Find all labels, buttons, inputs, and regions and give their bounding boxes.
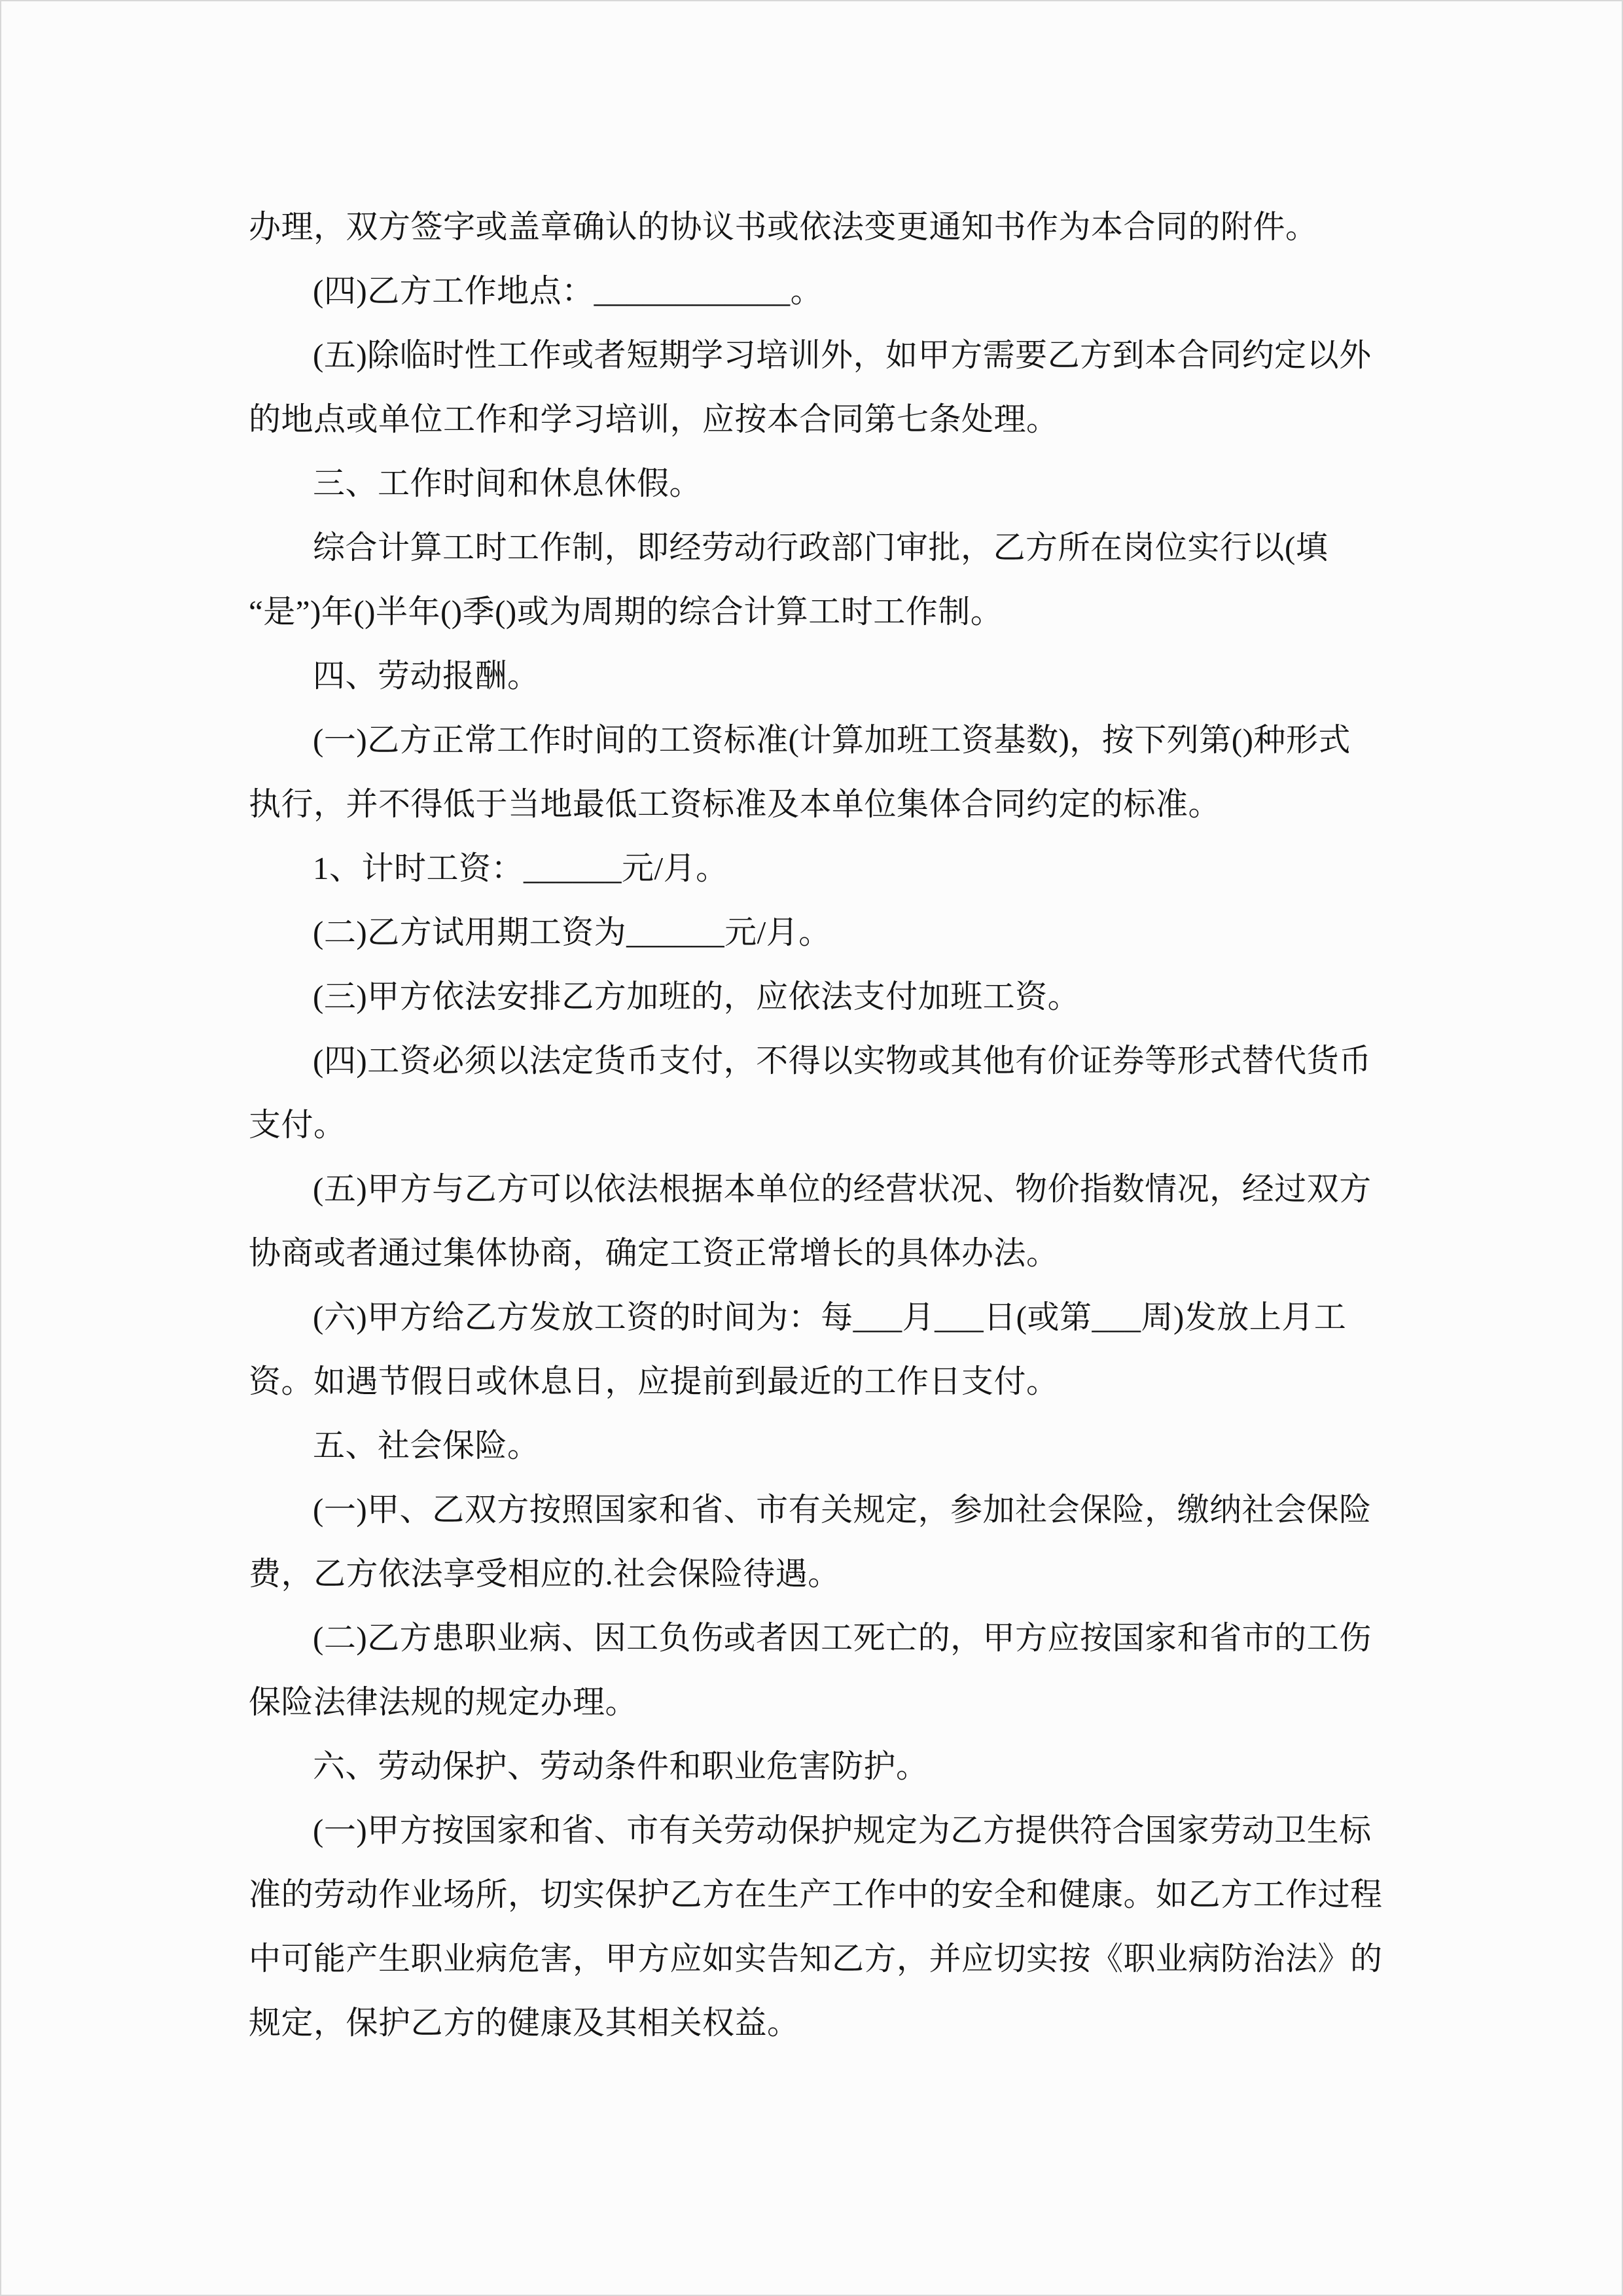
- document-line-8: 四、劳动报酬。: [249, 644, 1400, 708]
- document-line-14: (四)工资必须以法定货币支付，不得以实物或其他有价证券等形式替代货币: [249, 1029, 1400, 1093]
- document-line-1: 办理，双方签字或盖章确认的协议书或依法变更通知书作为本合同的附件。: [249, 195, 1400, 259]
- document-line-3: (五)除临时性工作或者短期学习培训外，如甲方需要乙方到本合同约定以外: [249, 323, 1400, 387]
- document-line-16: (五)甲方与乙方可以依法根据本单位的经营状况、物价指数情况，经过双方: [249, 1157, 1400, 1221]
- document-line-18: (六)甲方给乙方发放工资的时间为：每___月___日(或第___周)发放上月工: [249, 1285, 1400, 1350]
- document-line-21: (一)甲、乙双方按照国家和省、市有关规定，参加社会保险，缴纳社会保险: [249, 1478, 1400, 1542]
- document-content: 办理，双方签字或盖章确认的协议书或依法变更通知书作为本合同的附件。(四)乙方工作…: [249, 195, 1400, 2055]
- document-line-12: (二)乙方试用期工资为______元/月。: [249, 901, 1400, 965]
- document-line-2: (四)乙方工作地点：____________。: [249, 259, 1400, 323]
- document-line-5: 三、工作时间和休息休假。: [249, 452, 1400, 516]
- document-line-7: “是”)年()半年()季()或为周期的综合计算工时工作制。: [249, 580, 1400, 644]
- document-line-13: (三)甲方依法安排乙方加班的，应依法支付加班工资。: [249, 965, 1400, 1029]
- document-line-25: 六、劳动保护、劳动条件和职业危害防护。: [249, 1734, 1400, 1799]
- document-line-23: (二)乙方患职业病、因工负伤或者因工死亡的，甲方应按国家和省市的工伤: [249, 1606, 1400, 1670]
- document-line-22: 费，乙方依法享受相应的.社会保险待遇。: [249, 1542, 1400, 1606]
- document-line-4: 的地点或单位工作和学习培训，应按本合同第七条处理。: [249, 387, 1400, 452]
- document-line-19: 资。如遇节假日或休息日，应提前到最近的工作日支付。: [249, 1350, 1400, 1414]
- document-line-6: 综合计算工时工作制，即经劳动行政部门审批，乙方所在岗位实行以(填: [249, 516, 1400, 580]
- document-line-28: 中可能产生职业病危害，甲方应如实告知乙方，并应切实按《职业病防治法》的: [249, 1927, 1400, 1991]
- document-line-26: (一)甲方按国家和省、市有关劳动保护规定为乙方提供符合国家劳动卫生标: [249, 1799, 1400, 1863]
- document-line-20: 五、社会保险。: [249, 1414, 1400, 1478]
- document-line-29: 规定，保护乙方的健康及其相关权益。: [249, 1991, 1400, 2055]
- document-line-9: (一)乙方正常工作时间的工资标准(计算加班工资基数)，按下列第()种形式: [249, 708, 1400, 772]
- document-line-24: 保险法律法规的规定办理。: [249, 1670, 1400, 1734]
- document-line-27: 准的劳动作业场所，切实保护乙方在生产工作中的安全和健康。如乙方工作过程: [249, 1863, 1400, 1927]
- contract-document-page: 办理，双方签字或盖章确认的协议书或依法变更通知书作为本合同的附件。(四)乙方工作…: [0, 0, 1623, 2296]
- document-line-10: 执行，并不得低于当地最低工资标准及本单位集体合同约定的标准。: [249, 772, 1400, 836]
- document-line-17: 协商或者通过集体协商，确定工资正常增长的具体办法。: [249, 1221, 1400, 1285]
- document-line-11: 1、计时工资：______元/月。: [249, 836, 1400, 901]
- document-line-15: 支付。: [249, 1093, 1400, 1157]
